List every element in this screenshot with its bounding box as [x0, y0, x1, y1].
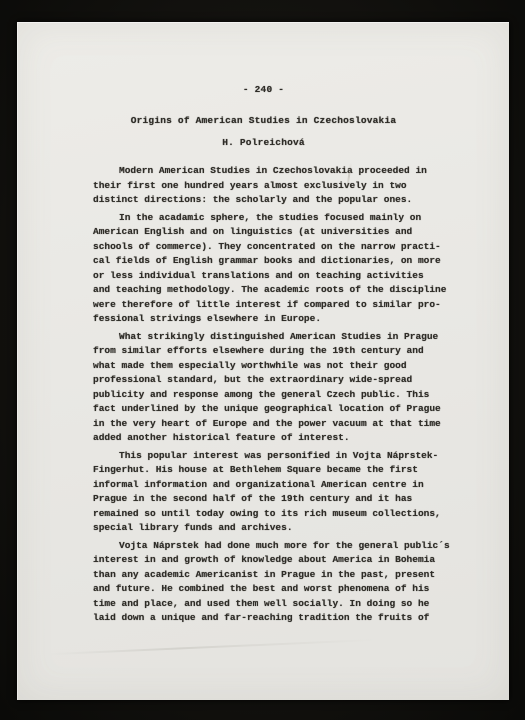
document-page: - 240 - Origins of American Studies in C… [17, 22, 509, 700]
page-number: - 240 - [18, 84, 509, 95]
paragraph: Modern American Studies in Czechoslovaki… [93, 164, 455, 208]
paper-crease [48, 639, 378, 655]
paragraph: This popular interest was personified in… [93, 449, 455, 536]
paragraph: What strikingly distinguished American S… [93, 330, 455, 446]
document-title: Origins of American Studies in Czechoslo… [18, 115, 509, 126]
paragraph: Vojta Náprstek had done much more for th… [93, 539, 455, 626]
author-name: H. Polreichová [18, 137, 509, 148]
paragraph: In the acadamic sphere, the studies focu… [93, 211, 455, 327]
scan-background: - 240 - Origins of American Studies in C… [0, 0, 525, 720]
document-body: Modern American Studies in Czechoslovaki… [93, 164, 455, 626]
